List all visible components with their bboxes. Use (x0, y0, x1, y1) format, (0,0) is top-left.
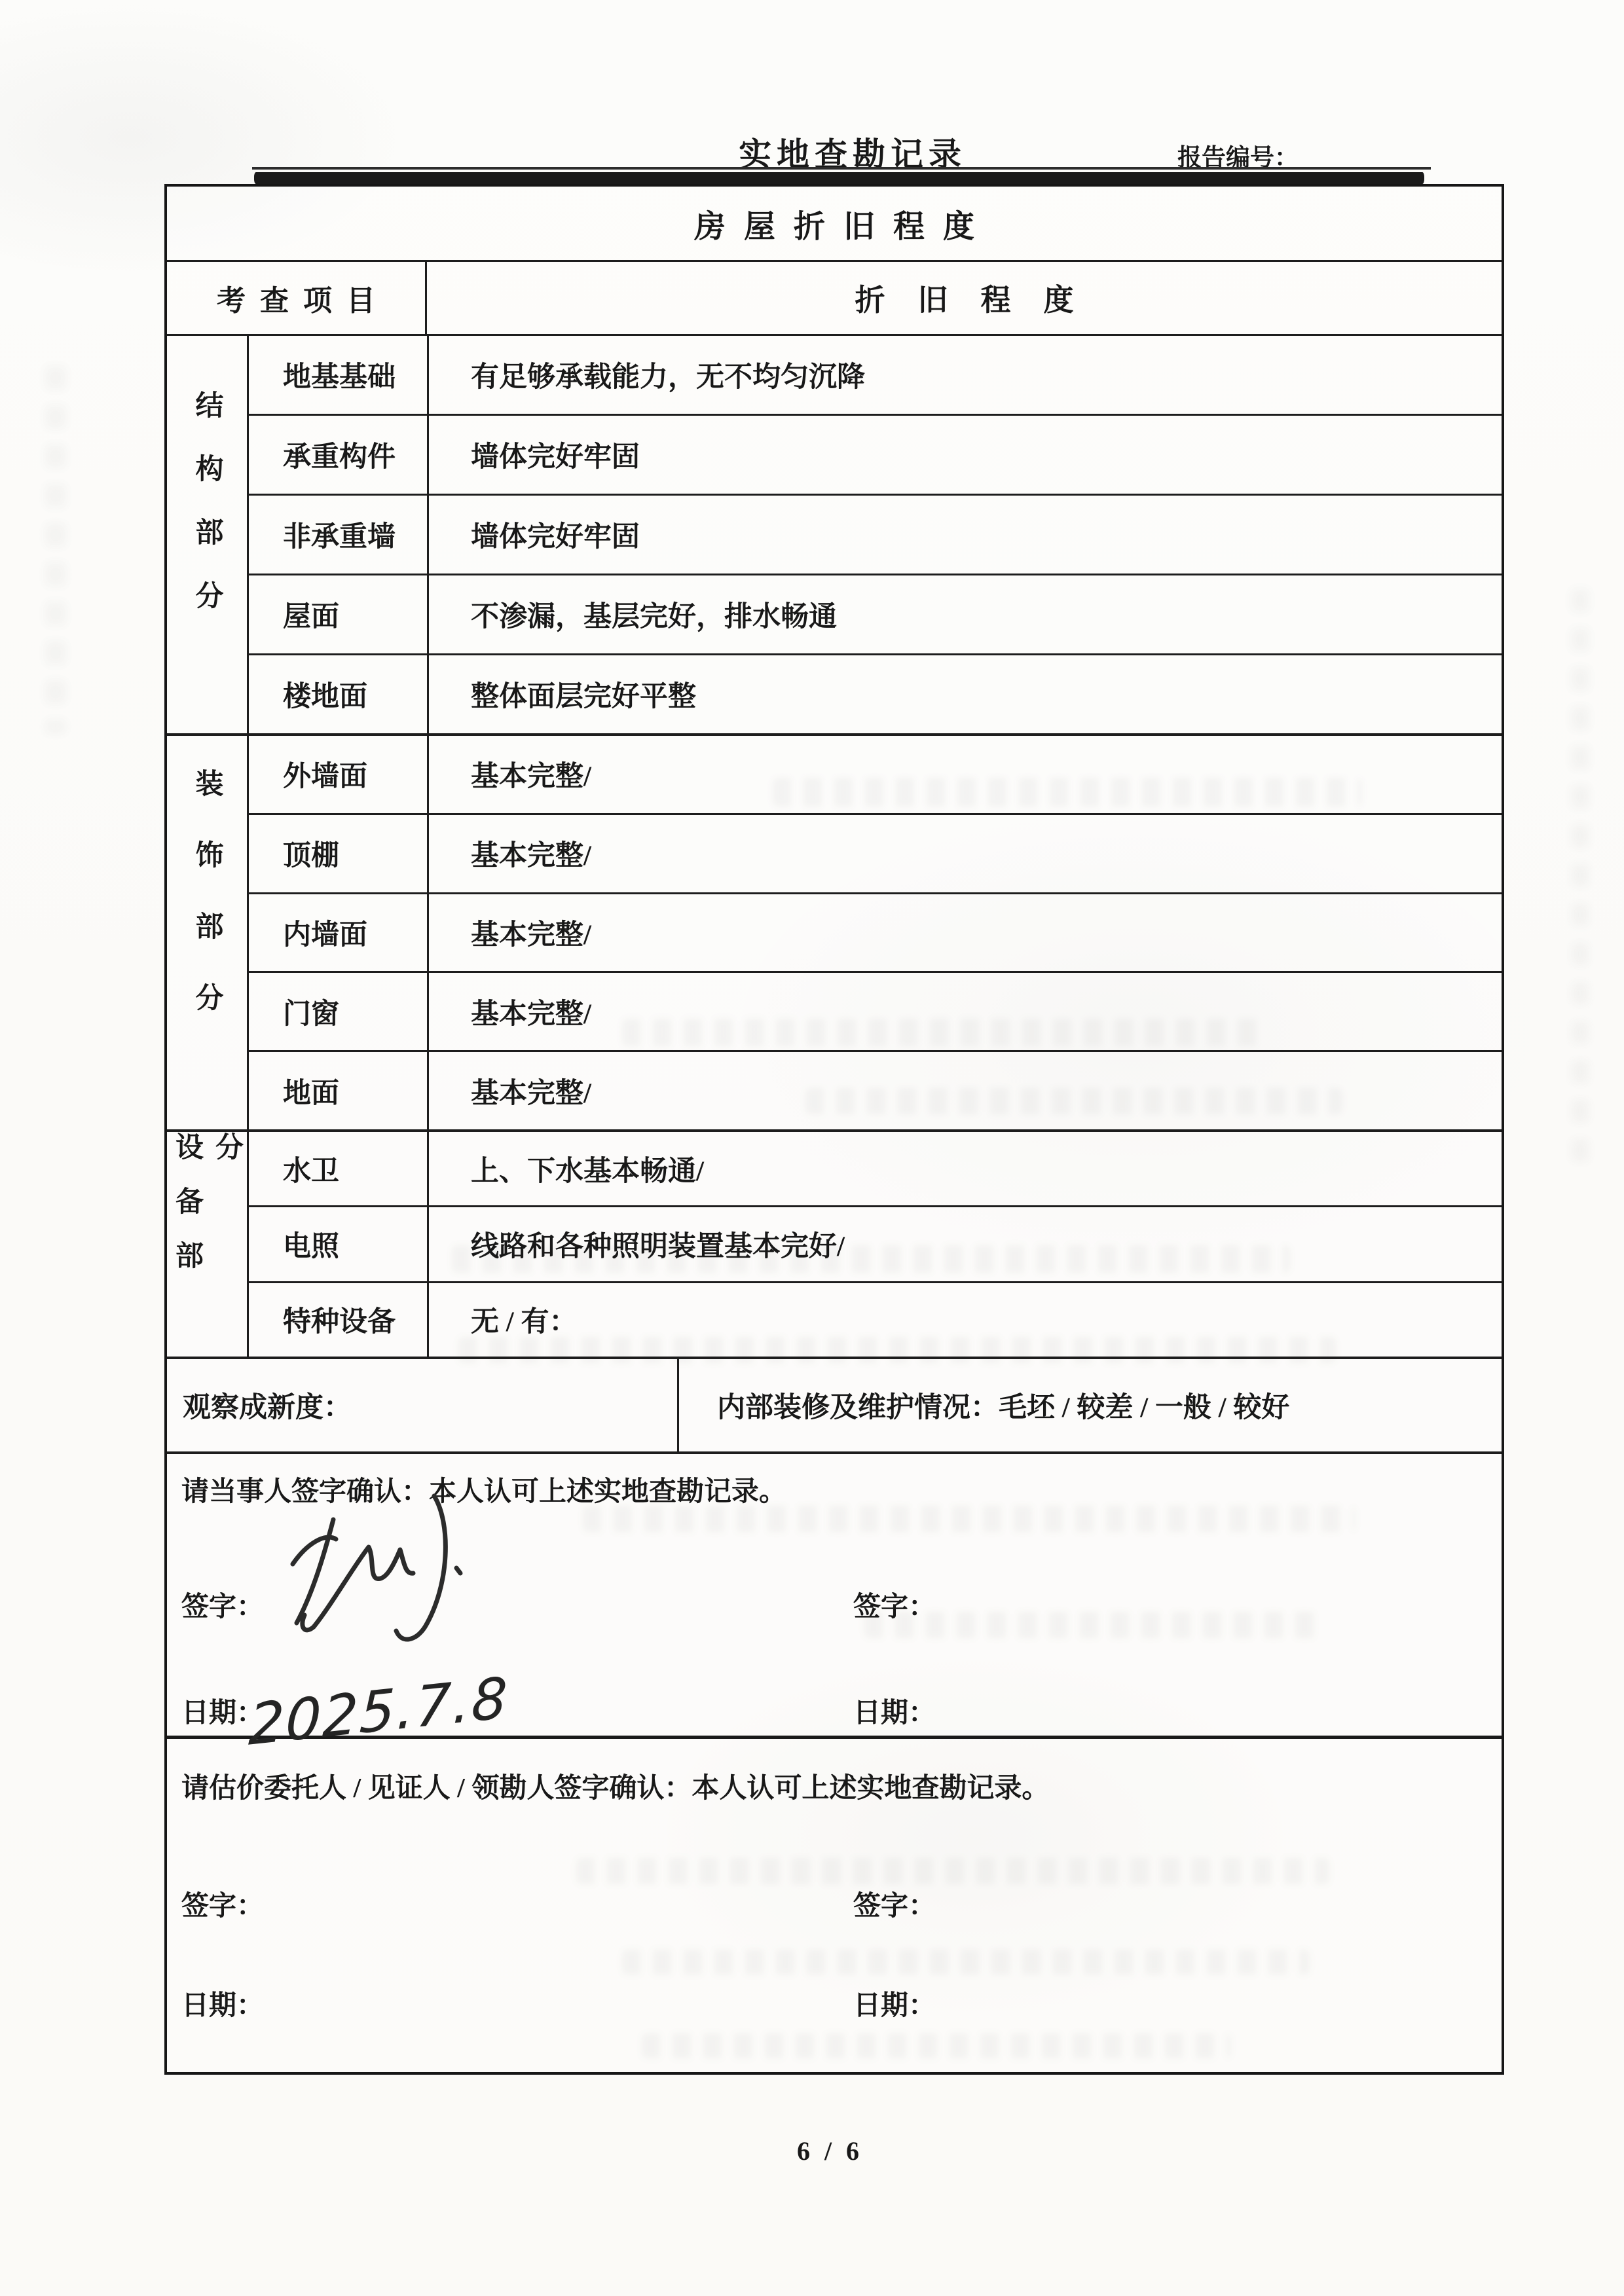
row-item-label: 水卫 (249, 1132, 429, 1205)
table-row: 门窗基本完整/ (249, 973, 1502, 1052)
row-item-label: 承重构件 (249, 416, 429, 494)
handwritten-signature (270, 1487, 480, 1657)
row-description: 无 / 有： (429, 1283, 1502, 1357)
row-item-label: 地基基础 (249, 336, 429, 414)
sign-label-right: 签字： (853, 1585, 936, 1624)
row-description: 有足够承载能力，无不均匀沉降 (429, 336, 1502, 414)
row-description: 基本完整/ (429, 973, 1502, 1050)
scan-bleed-artifact (1572, 589, 1589, 1178)
observed-condition-label: 观察成新度： (167, 1359, 679, 1451)
header-rule-thick (254, 172, 1424, 184)
table-row: 承重构件墙体完好牢固 (249, 416, 1502, 496)
table-section: 设备部分水卫上、下水基本畅通/电照线路和各种照明装置基本完好/特种设备无 / 有… (167, 1132, 1502, 1359)
row-description: 上、下水基本畅通/ (429, 1132, 1502, 1205)
section-rows: 外墙面基本完整/顶棚基本完整/内墙面基本完整/门窗基本完整/地面基本完整/ (249, 736, 1502, 1129)
table-title: 房屋折旧程度 (167, 187, 1502, 262)
row-description: 墙体完好牢固 (429, 496, 1502, 574)
table-row: 电照线路和各种照明装置基本完好/ (249, 1207, 1502, 1283)
sign-label-left: 签字： (181, 1585, 264, 1624)
table-row: 外墙面基本完整/ (249, 736, 1502, 815)
row-item-label: 外墙面 (249, 736, 429, 813)
header-col-inspection-items: 考查项目 (167, 262, 427, 334)
table-row: 顶棚基本完整/ (249, 815, 1502, 894)
table-section: 装饰部分外墙面基本完整/顶棚基本完整/内墙面基本完整/门窗基本完整/地面基本完整… (167, 736, 1502, 1132)
header-col-depreciation-degree: 折旧程度 (427, 262, 1502, 334)
date-label-right: 日期： (853, 1984, 936, 2023)
row-description: 基本完整/ (429, 815, 1502, 892)
row-description: 线路和各种照明装置基本完好/ (429, 1207, 1502, 1281)
section-rows: 水卫上、下水基本畅通/电照线路和各种照明装置基本完好/特种设备无 / 有： (249, 1132, 1502, 1357)
depreciation-table: 房屋折旧程度 考查项目 折旧程度 结构部分地基基础有足够承载能力，无不均匀沉降承… (164, 184, 1504, 2075)
row-item-label: 地面 (249, 1052, 429, 1129)
row-item-label: 电照 (249, 1207, 429, 1281)
row-description: 不渗漏，基层完好，排水畅通 (429, 575, 1502, 653)
row-description: 墙体完好牢固 (429, 416, 1502, 494)
sign-label-left: 签字： (181, 1884, 264, 1923)
table-row: 特种设备无 / 有： (249, 1283, 1502, 1357)
page-number: 6 / 6 (0, 2136, 1624, 2166)
section-label: 设备部分 (167, 1132, 249, 1357)
section-rows: 地基基础有足够承载能力，无不均匀沉降承重构件墙体完好牢固非承重墙墙体完好牢固屋面… (249, 336, 1502, 733)
condition-row: 观察成新度： 内部装修及维护情况：毛坯 / 较差 / 一般 / 较好 (167, 1359, 1502, 1454)
client-sign-instruction: 请估价委托人 / 见证人 / 领勘人签字确认：本人认可上述实地查勘记录。 (181, 1766, 1049, 1806)
table-header-row: 考查项目 折旧程度 (167, 262, 1502, 336)
header-rule-thin (252, 167, 1431, 170)
table-row: 地基基础有足够承载能力，无不均匀沉降 (249, 336, 1502, 416)
date-label-right: 日期： (853, 1691, 936, 1730)
section-label: 装饰部分 (167, 736, 249, 1129)
table-row: 地面基本完整/ (249, 1052, 1502, 1129)
scan-bleed-artifact (46, 367, 65, 733)
client-signature-section: 请估价委托人 / 见证人 / 领勘人签字确认：本人认可上述实地查勘记录。 签字：… (167, 1739, 1502, 2072)
row-item-label: 内墙面 (249, 894, 429, 972)
row-item-label: 特种设备 (249, 1283, 429, 1357)
row-description: 基本完整/ (429, 736, 1502, 813)
table-sections-container: 结构部分地基基础有足够承载能力，无不均匀沉降承重构件墙体完好牢固非承重墙墙体完好… (167, 336, 1502, 1359)
row-description: 基本完整/ (429, 894, 1502, 972)
row-item-label: 屋面 (249, 575, 429, 653)
table-row: 楼地面整体面层完好平整 (249, 655, 1502, 733)
sign-label-right: 签字： (853, 1884, 936, 1923)
table-row: 内墙面基本完整/ (249, 894, 1502, 974)
date-label-left: 日期： (181, 1984, 264, 2023)
table-section: 结构部分地基基础有足够承载能力，无不均匀沉降承重构件墙体完好牢固非承重墙墙体完好… (167, 336, 1502, 736)
table-row: 屋面不渗漏，基层完好，排水畅通 (249, 575, 1502, 655)
scanned-form-page: 实地查勘记录 报告编号： 房屋折旧程度 考查项目 折旧程度 结构部分地基基础有足… (0, 0, 1624, 2296)
row-description: 整体面层完好平整 (429, 655, 1502, 733)
row-item-label: 门窗 (249, 973, 429, 1050)
table-row: 非承重墙墙体完好牢固 (249, 496, 1502, 575)
row-item-label: 非承重墙 (249, 496, 429, 574)
row-description: 基本完整/ (429, 1052, 1502, 1129)
row-item-label: 顶棚 (249, 815, 429, 892)
table-row: 水卫上、下水基本畅通/ (249, 1132, 1502, 1207)
party-signature-section: 请当事人签字确认：本人认可上述实地查勘记录。 签字： 签字： 日期： 日期： 2… (167, 1454, 1502, 1739)
interior-maintenance-label: 内部装修及维护情况：毛坯 / 较差 / 一般 / 较好 (679, 1359, 1502, 1451)
row-item-label: 楼地面 (249, 655, 429, 733)
section-label: 结构部分 (167, 336, 249, 733)
